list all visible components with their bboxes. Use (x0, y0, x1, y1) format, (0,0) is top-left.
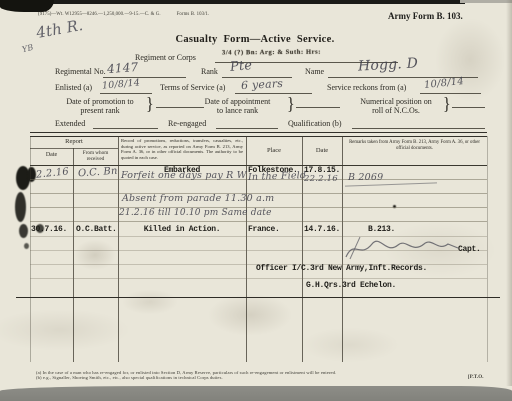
entry-killed-record: Killed in Action. (118, 225, 246, 234)
numerical-label-line1: Numerical position on (350, 97, 442, 106)
footnotes: (a) In the case of a man who has re-enga… (36, 370, 481, 381)
enlisted-underline (100, 93, 152, 94)
promotion-label-line2: present rank (55, 106, 145, 115)
regiment-label: Regiment or Corps (135, 53, 196, 62)
rank-label: Rank (201, 67, 218, 76)
print-code-row: (9175)—Wt. W12955—8246.—1,250,000.—9-15.… (38, 12, 209, 17)
appointment-label-line2: to lance rank (190, 106, 285, 115)
entry-killed-from-whom: O.C.Batt. (76, 225, 117, 234)
col-header-date2: Date (302, 147, 342, 154)
form-ref: Forms B. 103/1. (177, 12, 210, 17)
table-left-border (30, 136, 31, 362)
promotion-label: Date of promotion to present rank (55, 97, 145, 115)
scan-top-right-edge (460, 0, 512, 3)
entry-forfeit-line2: Absent from parade 11.30 a.m (122, 193, 274, 204)
numerical-label: Numerical position on roll of N.C.Os. (350, 97, 442, 115)
col-header-from-whom: From whom received (73, 150, 118, 162)
report-subdivider (30, 148, 118, 149)
ink-blob (15, 192, 26, 222)
regiment-value: 3/4 (?) Bn: Arg: & Suth: Hrs: (222, 49, 321, 57)
regimental-no-label: Regimental No. (55, 67, 106, 76)
entry-killed-date: 14.7.16. (304, 225, 340, 234)
heavy-rule (16, 297, 500, 298)
reckons-value: 10/8/14 (424, 76, 465, 91)
scan-top-left-tear (0, 0, 54, 12)
terms-value: 6 years (241, 77, 284, 92)
terms-label: Terms of Service (a) (160, 83, 225, 92)
footnote-b: (b) e.g., Signaller, Shoeing Smith, etc.… (36, 375, 481, 380)
entry-forfeit-place: In the Field (248, 170, 307, 183)
print-code: (9175)—Wt. W12955—8246.—1,250,000.—9-15.… (38, 12, 161, 17)
promotion-label-line1: Date of promotion to (55, 97, 145, 106)
appointment-label: Date of appointment to lance rank (190, 97, 285, 115)
form-title: Casualty Form—Active Service. (120, 34, 390, 45)
regimental-no-value: 4147 (107, 60, 139, 76)
pencil-note-top: 4th R. (35, 16, 85, 42)
scanned-casualty-form: (9175)—Wt. W12955—8246.—1,250,000.—9-15.… (0, 0, 512, 401)
ink-blob (36, 224, 44, 233)
col-divider (73, 148, 74, 362)
col-header-date: Date (30, 152, 73, 158)
record-table: Report Date From whom received Record of… (30, 136, 487, 362)
appointment-brace: } (287, 95, 295, 116)
col-header-remarks: Remarks taken from Army Form B. 213, Arm… (346, 140, 483, 152)
entry-killed-remarks: B.213. (368, 225, 395, 234)
enlisted-label: Enlisted (a) (55, 83, 92, 92)
name-value: Hogg. D (358, 55, 419, 74)
ruled-line (30, 278, 487, 279)
enlisted-value: 10/8/14 (102, 77, 141, 91)
extended-underline (93, 128, 158, 129)
terms-underline (235, 93, 312, 94)
scan-right-shadow (506, 0, 512, 386)
entry-forfeit-from-whom: O.C. Bn (78, 166, 118, 180)
reengaged-label: Re-engaged (168, 119, 206, 128)
name-label: Name (305, 67, 324, 76)
army-form-number: Army Form B. 103. (388, 11, 463, 21)
numerical-label-line2: roll of N.C.Os. (350, 106, 442, 115)
ruled-line (30, 221, 487, 222)
table-right-border (487, 136, 488, 362)
qualification-label: Qualification (b) (288, 119, 342, 128)
regimental-no-underline (103, 77, 186, 78)
entry-forfeit-line3: 21.2.16 till 10.10 pm Same date (119, 208, 272, 218)
entry-forfeit-line1: Forfeit one days pay R W (121, 170, 247, 181)
remarks-flourish (345, 182, 437, 186)
attestation-office-line2: G.H.Qrs.3rd Echelon. (306, 281, 396, 290)
ink-blob (24, 243, 29, 249)
ink-blob (19, 224, 28, 238)
numerical-underline (452, 107, 485, 108)
extended-label: Extended (55, 119, 85, 128)
scan-bottom-strip (0, 386, 512, 401)
entry-forfeit-date: 22.2.16 (304, 174, 338, 184)
reckons-label: Service reckons from (a) (327, 83, 406, 92)
col-header-place: Place (246, 147, 302, 154)
attestation-office-line1: Officer I/C.3rd New Army,Inft.Records. (256, 264, 427, 273)
pencil-note-margin: YB (21, 43, 34, 55)
pto-note: [P.T.O. (468, 375, 484, 380)
scan-top-edge (0, 0, 465, 4)
numerical-brace: } (443, 95, 451, 116)
attestation-rank: Capt. (458, 245, 481, 254)
col-header-record: Record of promotions, reductions, transf… (121, 138, 243, 160)
report-header: Report (30, 138, 118, 145)
qualification-underline (352, 128, 485, 129)
appointment-underline (296, 107, 340, 108)
entry-killed-place: France. (248, 225, 280, 234)
from-whom-line2: received (73, 156, 118, 162)
promotion-brace: } (146, 95, 154, 116)
signature-scribble (340, 235, 465, 261)
rank-value: Pte (229, 58, 252, 75)
reengaged-underline (216, 128, 278, 129)
entry-forfeit-remarks: B 2069 (348, 172, 383, 183)
appointment-label-line1: Date of appointment (190, 97, 285, 106)
